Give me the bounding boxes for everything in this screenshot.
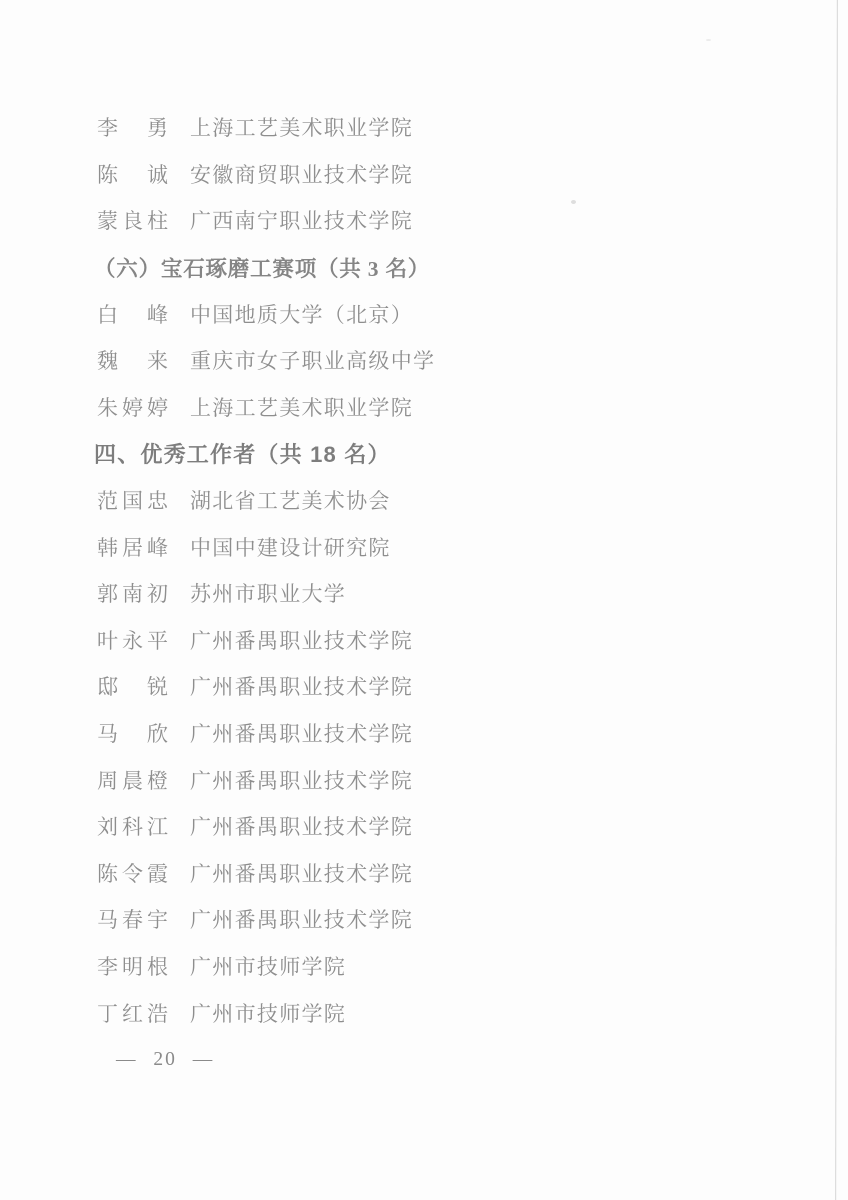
- award-entry-row: 魏 来 重庆市女子职业高级中学: [0, 337, 848, 384]
- award-entry-row: 蒙良柱 广西南宁职业技术学院: [0, 197, 848, 244]
- person-name: 陈 诚: [97, 159, 169, 189]
- award-entry-row: 范国忠 湖北省工艺美术协会: [0, 477, 848, 524]
- scan-speck: [706, 39, 711, 41]
- person-name: 朱婷婷: [97, 392, 169, 422]
- award-entry-row: 丁红浩 广州市技师学院: [0, 989, 848, 1036]
- organization: 苏州市职业大学: [190, 578, 346, 608]
- organization: 广州番禺职业技术学院: [190, 625, 413, 655]
- organization: 广州市技师学院: [190, 951, 346, 981]
- award-list: 李 勇 上海工艺美术职业学院 陈 诚 安徽商贸职业技术学院 蒙良柱 广西南宁职业…: [0, 104, 848, 1036]
- organization: 上海工艺美术职业学院: [190, 392, 413, 422]
- award-entry-row: 周晨橙 广州番禺职业技术学院: [0, 756, 848, 803]
- organization: 广州番禺职业技术学院: [190, 765, 413, 795]
- organization: 中国地质大学（北京）: [190, 299, 413, 329]
- person-name: 丁红浩: [97, 998, 169, 1028]
- award-entry-row: 陈令霞 广州番禺职业技术学院: [0, 850, 848, 897]
- person-name: 李 勇: [97, 112, 169, 142]
- award-entry-row: 白 峰 中国地质大学（北京）: [0, 290, 848, 337]
- organization: 上海工艺美术职业学院: [190, 112, 413, 142]
- page-number: — 20 —: [116, 1049, 214, 1071]
- award-entry-row: 邸 锐 广州番禺职业技术学院: [0, 663, 848, 710]
- award-entry-row: 陈 诚 安徽商贸职业技术学院: [0, 151, 848, 198]
- person-name: 蒙良柱: [97, 205, 169, 235]
- person-name: 刘科江: [97, 811, 169, 841]
- organization: 广州番禺职业技术学院: [190, 671, 413, 701]
- award-entry-row: 马春宇 广州番禺职业技术学院: [0, 896, 848, 943]
- person-name: 周晨橙: [97, 765, 169, 795]
- award-entry-row: 马 欣 广州番禺职业技术学院: [0, 710, 848, 757]
- organization: 重庆市女子职业高级中学: [190, 345, 435, 375]
- document-page: 李 勇 上海工艺美术职业学院 陈 诚 安徽商贸职业技术学院 蒙良柱 广西南宁职业…: [0, 0, 848, 1200]
- organization: 广州番禺职业技术学院: [190, 858, 413, 888]
- person-name: 郭南初: [97, 578, 169, 608]
- organization: 广西南宁职业技术学院: [190, 205, 413, 235]
- award-entry-row: 叶永平 广州番禺职业技术学院: [0, 617, 848, 664]
- award-entry-row: 朱婷婷 上海工艺美术职业学院: [0, 384, 848, 431]
- scan-speck: [571, 200, 576, 204]
- person-name: 陈令霞: [97, 858, 169, 888]
- section-heading-section-main: 四、优秀工作者（共 18 名）: [0, 430, 848, 477]
- organization: 广州番禺职业技术学院: [190, 811, 413, 841]
- person-name: 范国忠: [97, 485, 169, 515]
- award-entry-row: 李明根 广州市技师学院: [0, 943, 848, 990]
- person-name: 白 峰: [97, 299, 169, 329]
- award-entry-row: 李 勇 上海工艺美术职业学院: [0, 104, 848, 151]
- person-name: 魏 来: [97, 345, 169, 375]
- organization: 广州市技师学院: [190, 998, 346, 1028]
- person-name: 叶永平: [97, 625, 169, 655]
- organization: 广州番禺职业技术学院: [190, 904, 413, 934]
- award-entry-row: 韩居峰 中国中建设计研究院: [0, 523, 848, 570]
- organization: 湖北省工艺美术协会: [190, 485, 391, 515]
- person-name: 韩居峰: [97, 532, 169, 562]
- award-entry-row: 刘科江 广州番禺职业技术学院: [0, 803, 848, 850]
- person-name: 李明根: [97, 951, 169, 981]
- person-name: 马春宇: [97, 904, 169, 934]
- section-heading-section-sub: （六）宝石琢磨工赛项（共 3 名）: [0, 244, 848, 291]
- person-name: 邸 锐: [97, 671, 169, 701]
- organization: 广州番禺职业技术学院: [190, 718, 413, 748]
- organization: 安徽商贸职业技术学院: [190, 159, 413, 189]
- person-name: 马 欣: [97, 718, 169, 748]
- organization: 中国中建设计研究院: [190, 532, 391, 562]
- award-entry-row: 郭南初 苏州市职业大学: [0, 570, 848, 617]
